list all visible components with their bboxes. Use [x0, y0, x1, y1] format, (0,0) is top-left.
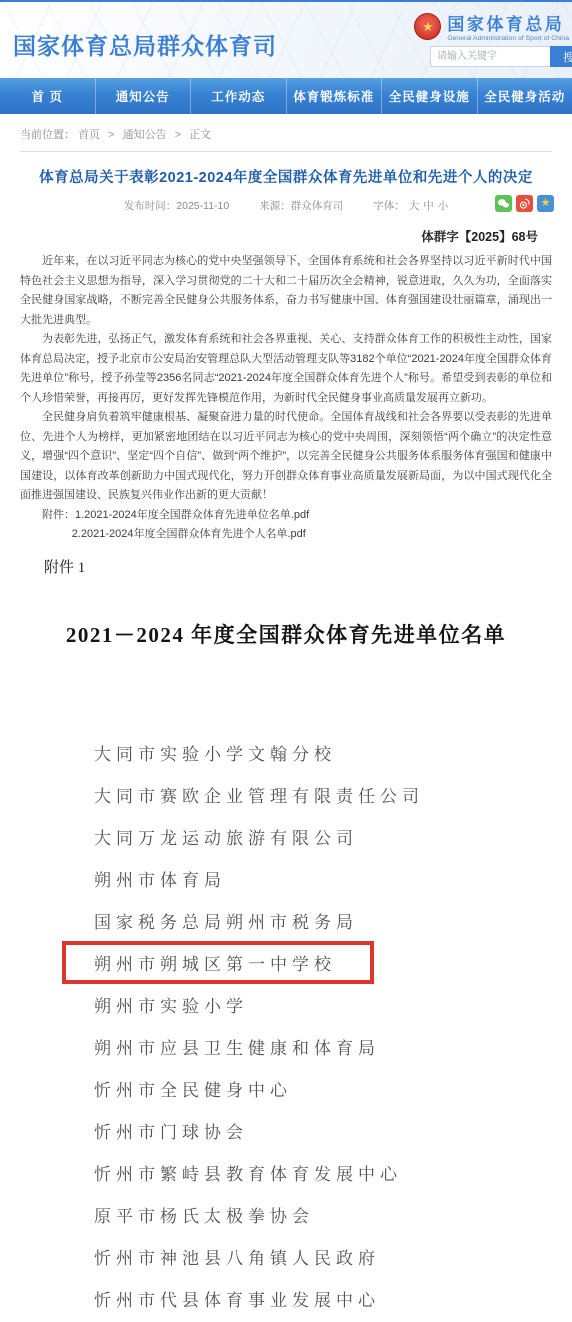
- unit-row: 忻州市门球协会: [94, 1109, 572, 1151]
- main-nav: 首 页 通知公告 工作动态 体育锻炼标准 全民健身设施 全民健身活动: [0, 78, 572, 114]
- unit-row: 忻州市全民健身中心: [94, 1067, 572, 1109]
- unit-name: 忻州市神池县八角镇人民政府: [94, 1244, 380, 1269]
- unit-row: 忻州市代县体育事业发展中心: [94, 1277, 572, 1319]
- unit-list: 大同市实验小学文翰分校 大同市赛欧企业管理有限责任公司 大同万龙运动旅游有限公司…: [0, 731, 572, 1319]
- article-title: 体育总局关于表彰2021-2024年度全国群众体育先进单位和先进个人的决定: [20, 166, 552, 187]
- font-size-label: 字体：: [373, 198, 405, 213]
- logo-subtitle: General Administration of Sport of China: [447, 35, 569, 42]
- unit-name: 朔州市应县卫生健康和体育局: [94, 1034, 380, 1059]
- unit-name: 大同市实验小学文翰分校: [94, 740, 336, 765]
- article-meta: 发布时间：2025-11-10 来源：群众体育司 字体： 大 中 小 ★: [20, 198, 552, 213]
- attachment-link-units[interactable]: 1.2021-2024年度全国群众体育先进单位名单.pdf: [75, 509, 309, 521]
- site-header: 国家体育总局群众体育司 ★ 国家体育总局 General Administrat…: [0, 0, 572, 78]
- unit-name: 原平市杨氏太极拳协会: [94, 1202, 314, 1227]
- attachment-label: 附件：: [42, 509, 75, 521]
- site-title: 国家体育总局群众体育司: [13, 28, 277, 61]
- nav-item-standards[interactable]: 体育锻炼标准: [287, 78, 383, 114]
- nav-item-notices[interactable]: 通知公告: [96, 78, 192, 114]
- search-box: 搜索: [430, 46, 572, 67]
- red-highlight-box: 朔州市朔城区第一中学校: [62, 941, 374, 984]
- font-size-large[interactable]: 大: [409, 198, 420, 213]
- article-section: 当前位置： 首页 > 通知公告 > 正文 体育总局关于表彰2021-2024年度…: [0, 114, 572, 552]
- font-size-controls: 字体： 大 中 小: [373, 198, 448, 213]
- page: { "header": { "site_title": "国家体育总局群众体育司…: [0, 0, 572, 1322]
- article-source: 来源：群众体育司: [259, 198, 343, 213]
- unit-row: 朔州市体育局: [94, 857, 572, 899]
- unit-row: 朔州市实验小学: [94, 983, 572, 1025]
- nav-item-facilities[interactable]: 全民健身设施: [382, 78, 478, 114]
- logo-text: 国家体育总局 General Administration of Sport o…: [447, 10, 569, 42]
- breadcrumb-home[interactable]: 首页: [78, 129, 100, 141]
- font-size-small[interactable]: 小: [438, 198, 449, 213]
- search-button[interactable]: 搜索: [550, 46, 572, 67]
- unit-row: 朔州市应县卫生健康和体育局: [94, 1025, 572, 1067]
- favorite-star-icon[interactable]: ★: [537, 195, 554, 212]
- nav-item-home[interactable]: 首 页: [0, 78, 96, 114]
- attachment-links: 附件：1.2021-2024年度全国群众体育先进单位名单.pdf 2.2021-…: [20, 506, 552, 545]
- attachment-doc-title: 2021－2024 年度全国群众体育先进单位名单: [0, 619, 572, 649]
- unit-row-highlighted: 朔州市朔城区第一中学校: [94, 941, 572, 983]
- unit-row: 忻州市繁峙县教育体育发展中心: [94, 1151, 572, 1193]
- breadcrumb: 当前位置： 首页 > 通知公告 > 正文: [20, 114, 552, 142]
- document-number: 体群字【2025】68号: [20, 227, 538, 245]
- attachment-document: 附件 1 2021－2024 年度全国群众体育先进单位名单 大同市实验小学文翰分…: [0, 556, 572, 1319]
- wechat-share-icon[interactable]: [495, 195, 512, 212]
- font-size-medium[interactable]: 中: [423, 198, 434, 213]
- breadcrumb-notices[interactable]: 通知公告: [123, 129, 167, 141]
- breadcrumb-current: 正文: [189, 129, 211, 141]
- unit-name: 忻州市代县体育事业发展中心: [94, 1286, 380, 1311]
- breadcrumb-label: 当前位置：: [20, 129, 75, 141]
- weibo-share-icon[interactable]: [516, 195, 533, 212]
- unit-row: 忻州市神池县八角镇人民政府: [94, 1235, 572, 1277]
- nav-item-news[interactable]: 工作动态: [191, 78, 287, 114]
- attachment-link-individuals[interactable]: 2.2021-2024年度全国群众体育先进个人名单.pdf: [72, 528, 306, 540]
- breadcrumb-divider: [20, 151, 552, 152]
- nav-item-activities[interactable]: 全民健身活动: [478, 78, 572, 114]
- unit-row: 大同万龙运动旅游有限公司: [94, 815, 572, 857]
- body-paragraph: 全民健身肩负着筑牢健康根基、凝聚奋进力量的时代使命。全国体育战线和社会各界要以受…: [20, 408, 552, 506]
- unit-name: 朔州市实验小学: [94, 992, 248, 1017]
- publish-time: 发布时间：2025-11-10: [124, 198, 229, 213]
- unit-row: 大同市赛欧企业管理有限责任公司: [94, 773, 572, 815]
- unit-row: 原平市杨氏太极拳协会: [94, 1193, 572, 1235]
- breadcrumb-separator: >: [175, 129, 181, 141]
- body-paragraph: 为表彰先进，弘扬正气，激发体育系统和社会各界重视、关心、支持群众体育工作的积极性…: [20, 330, 552, 408]
- logo-title: 国家体育总局: [447, 10, 569, 35]
- breadcrumb-separator: >: [108, 129, 114, 141]
- unit-name: 大同万龙运动旅游有限公司: [94, 824, 358, 849]
- unit-name: 忻州市全民健身中心: [94, 1076, 292, 1101]
- unit-row: 国家税务总局朔州市税务局: [94, 899, 572, 941]
- article-body: 近年来，在以习近平同志为核心的党中央坚强领导下，全国体育系统和社会各界坚持以习近…: [20, 252, 552, 506]
- national-emblem-icon: ★: [414, 13, 441, 40]
- logo-block: ★ 国家体育总局 General Administration of Sport…: [414, 10, 569, 42]
- unit-name: 大同市赛欧企业管理有限责任公司: [94, 782, 424, 807]
- unit-name: 朔州市体育局: [94, 866, 226, 891]
- body-paragraph: 近年来，在以习近平同志为核心的党中央坚强领导下，全国体育系统和社会各界坚持以习近…: [20, 252, 552, 330]
- share-icons: ★: [495, 195, 554, 212]
- unit-name: 忻州市门球协会: [94, 1118, 248, 1143]
- unit-name: 国家税务总局朔州市税务局: [94, 908, 358, 933]
- highlighted-unit-name: 朔州市朔城区第一中学校: [94, 950, 336, 975]
- unit-row: 大同市实验小学文翰分校: [94, 731, 572, 773]
- unit-name: 忻州市繁峙县教育体育发展中心: [94, 1160, 402, 1185]
- search-input[interactable]: [430, 46, 550, 67]
- attachment-number-label: 附件 1: [44, 556, 572, 577]
